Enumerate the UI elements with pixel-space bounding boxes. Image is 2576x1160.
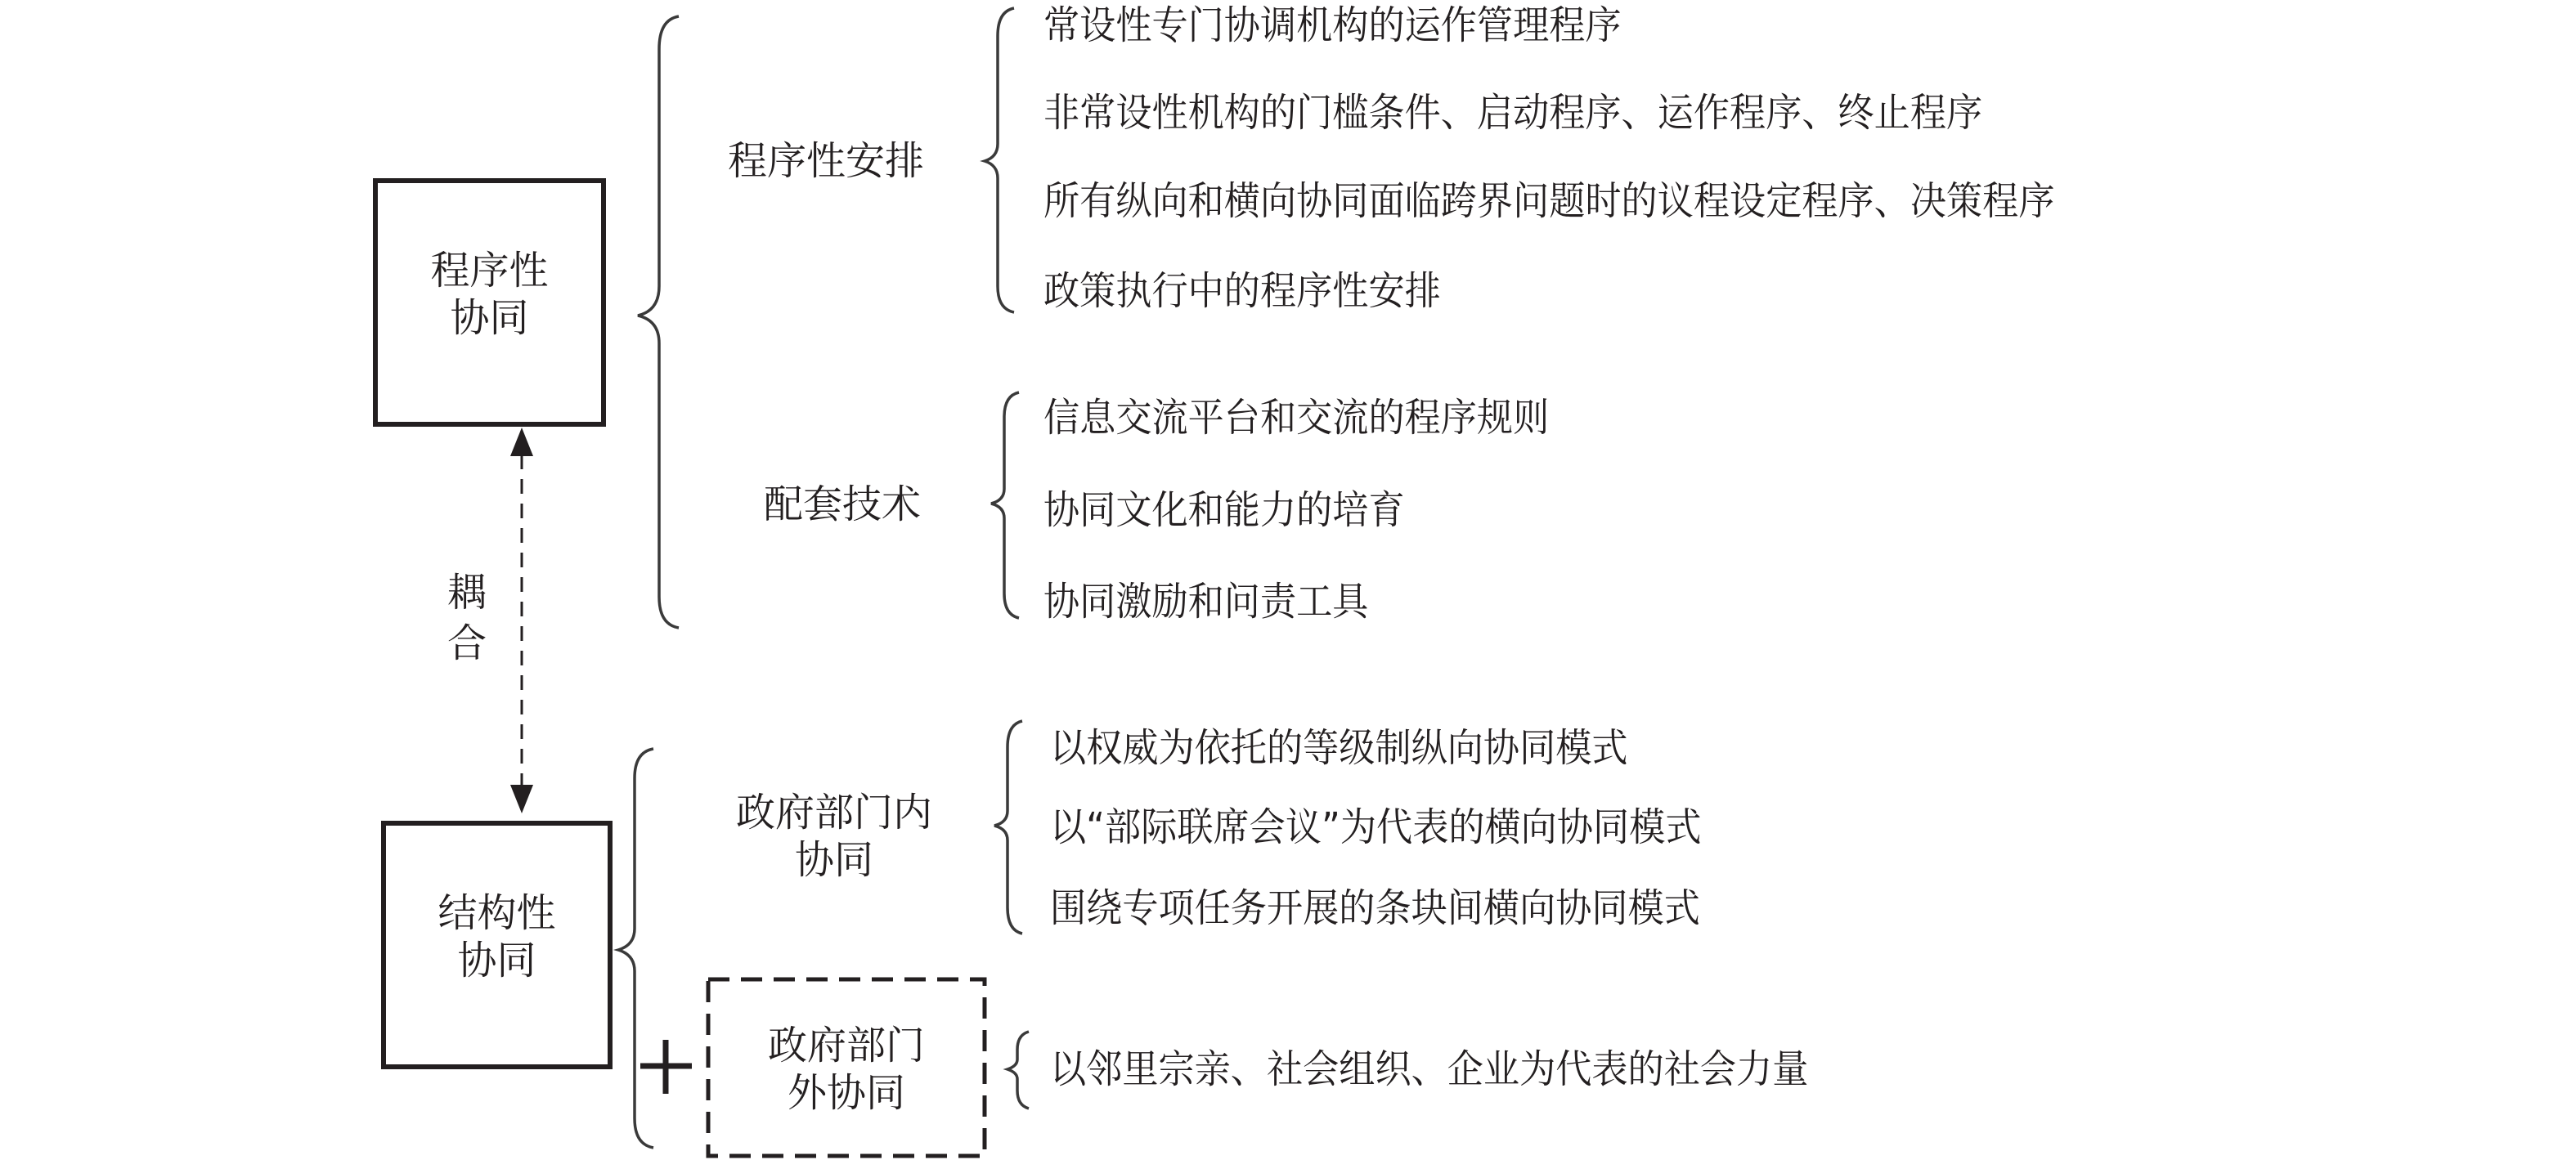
arrangement-item: 非常设性机构的门槛条件、启动程序、运作程序、终止程序 xyxy=(1043,90,1982,136)
procedural-brace-icon xyxy=(638,16,679,628)
coupling-label-line1: 耦 xyxy=(442,567,492,618)
internal-group-label: 政府部门内 协同 xyxy=(711,789,957,884)
internal-group-label-line1: 政府部门内 xyxy=(711,789,957,836)
external-item: 以邻里宗亲、社会组织、企业为代表的社会力量 xyxy=(1050,1046,1808,1092)
internal-item: 围绕专项任务开展的条块间横向协同模式 xyxy=(1050,885,1700,931)
external-group-label-line1: 政府部门 xyxy=(708,1022,985,1069)
internal-item: 以“部际联席会议”为代表的横向协同模式 xyxy=(1050,804,1701,850)
arrangement-group-label: 程序性安排 xyxy=(703,137,949,185)
technique-group-label: 配套技术 xyxy=(720,481,965,528)
procedural-box: 程序性 协同 xyxy=(375,247,604,342)
external-brace-icon xyxy=(1008,1032,1029,1108)
technique-item: 协同激励和问责工具 xyxy=(1043,579,1368,625)
technique-item: 信息交流平台和交流的程序规则 xyxy=(1043,395,1549,441)
coordination-diagram: 程序性 协同 结构性 协同 耦 合 程序性安排 配套技术 政府部门内 协同 政府… xyxy=(0,0,2576,1160)
internal-group-label-line2: 协同 xyxy=(711,836,957,884)
technique-item: 协同文化和能力的培育 xyxy=(1043,487,1405,533)
coupling-label: 耦 合 xyxy=(442,567,492,669)
internal-brace-icon xyxy=(994,721,1022,934)
arrangement-item: 常设性专门协调机构的运作管理程序 xyxy=(1043,2,1622,48)
arrow-down-icon xyxy=(510,785,533,813)
structural-brace-icon xyxy=(618,749,653,1148)
internal-item: 以权威为依托的等级制纵向协同模式 xyxy=(1050,725,1628,771)
procedural-box-label-line1: 程序性 xyxy=(375,247,604,294)
arrangement-item: 所有纵向和横向协同面临跨界问题时的议程设定程序、决策程序 xyxy=(1043,178,2054,224)
technique-brace-icon xyxy=(991,392,1019,618)
structural-box-label-line2: 协同 xyxy=(384,937,610,984)
external-group-label: 政府部门 外协同 xyxy=(708,1022,985,1117)
structural-box-label-line1: 结构性 xyxy=(384,889,610,937)
coupling-label-line2: 合 xyxy=(442,618,492,669)
external-group-label-line2: 外协同 xyxy=(708,1069,985,1117)
arrangement-brace-icon xyxy=(985,8,1014,312)
arrangement-item: 政策执行中的程序性安排 xyxy=(1043,268,1441,314)
plus-icon xyxy=(640,1040,692,1094)
structural-box: 结构性 协同 xyxy=(384,889,610,984)
arrow-up-icon xyxy=(510,428,533,456)
procedural-box-label-line2: 协同 xyxy=(375,294,604,342)
